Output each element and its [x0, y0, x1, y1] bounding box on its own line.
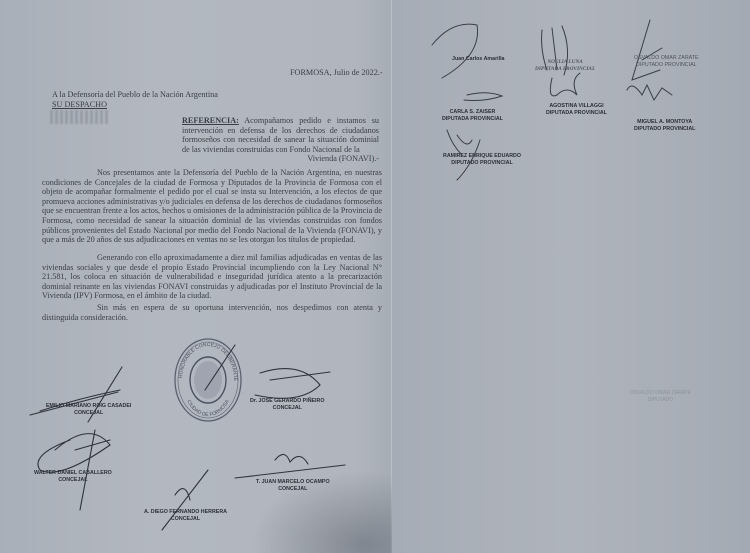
date-line: FORMOSA, Julio de 2022.-: [290, 68, 383, 78]
paragraph-1: Nos presentamos ante la Defensoría del P…: [42, 168, 382, 245]
addressee-line2: SU DESPACHO: [52, 100, 218, 110]
signature-zarate: OSVALDO OMAR ZARATEDIPUTADO PROVINCIAL: [634, 55, 699, 69]
signature-villaggi: AGOSTINA VILLAGGIDIPUTADA PROVINCIAL: [546, 103, 607, 117]
bleed-through-text: OSVALDO OMAR ZARATEDIPUTADO: [630, 390, 691, 404]
addressee-line1: A la Defensoría del Pueblo de la Nación …: [52, 90, 218, 100]
photo-shadow: [250, 470, 392, 553]
reference-label: REFERENCIA:: [182, 116, 239, 125]
council-seal-icon: HONORABLE CONCEJO DELIBERANTE CIUDAD DE …: [172, 336, 244, 424]
paragraph-2: Generando con ello aproximadamente a die…: [42, 253, 382, 301]
right-page: [392, 0, 750, 553]
signature-herrera: A. DIEGO FERNANDO HERRERACONCEJAL: [144, 509, 227, 523]
signature-caballero: WALTER DANIEL CABALLEROCONCEJAL: [34, 470, 112, 484]
signature-amarilla: Juan Carlos Amarilla: [452, 56, 505, 63]
signature-montoya: MIGUEL A. MONTOYADIPUTADO PROVINCIAL: [634, 119, 695, 133]
reference-last-line: Vivienda (FONAVI).-: [182, 154, 379, 164]
reference-block: REFERENCIA: Acompañamos pedido e instamo…: [182, 116, 379, 164]
addressee: A la Defensoría del Pueblo de la Nación …: [52, 90, 218, 109]
signature-zaiser: CARLA S. ZAISERDIPUTADA PROVINCIAL: [442, 109, 503, 123]
signature-pineiro: Dr. JOSÉ GERARDO PIÑEIROCONCEJAL: [250, 398, 324, 412]
signature-ramirez: RAMIREZ ENRIQUE EDUARDODIPUTADO PROVINCI…: [443, 153, 521, 167]
illegible-stamp: [50, 110, 110, 124]
paragraph-3: Sin más en espera de su oportuna interve…: [42, 303, 382, 322]
signature-luna: NOELIA LUNADIPUTADA PROVINCIAL: [535, 59, 595, 73]
signature-roig-casadei: EMILIO MARIANO ROIG CASADEICONCEJAL: [46, 403, 131, 417]
